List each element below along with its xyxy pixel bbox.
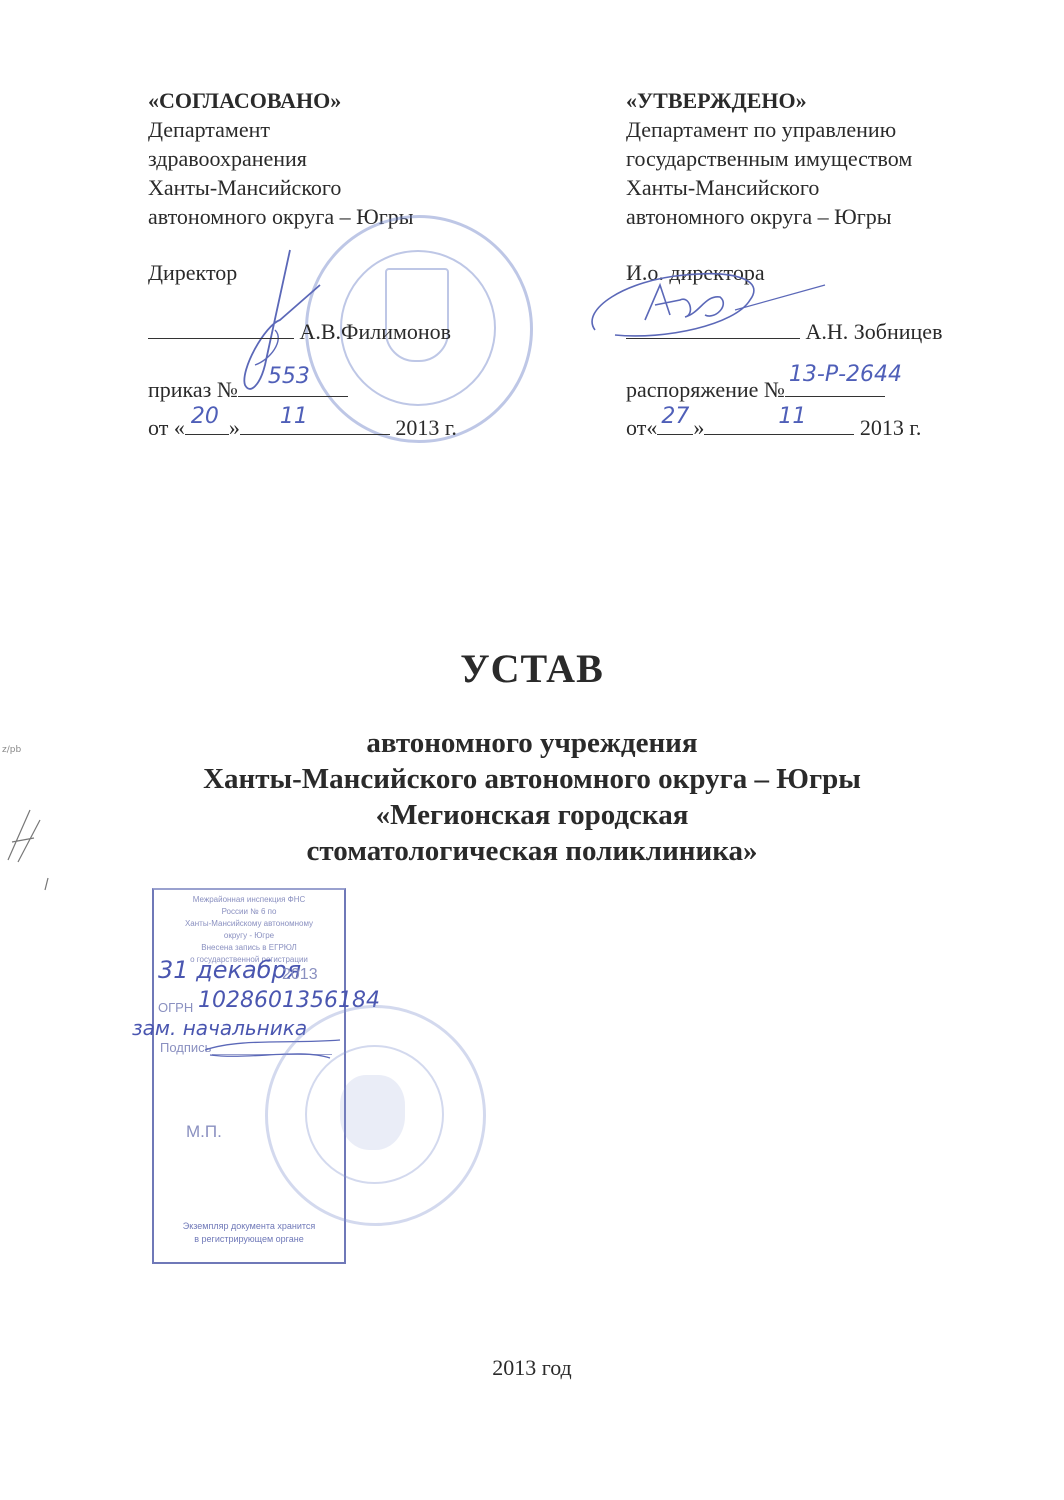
registration-date-handwritten: 31 декабря xyxy=(158,956,301,984)
org-line: Ханты-Мансийского xyxy=(626,173,912,202)
order-line-left: приказ №553 xyxy=(148,374,348,404)
signature-underline xyxy=(148,316,294,339)
date-month-handwritten: 11 xyxy=(778,402,806,431)
document-year: 2013 год xyxy=(0,1355,1064,1381)
signer-name-right: А.Н. Зобницев xyxy=(806,319,943,344)
signature-line-left: А.В.Филимонов xyxy=(148,316,451,346)
org-line: государственным имуществом xyxy=(626,144,912,173)
date-day-handwritten: 20 xyxy=(191,402,219,431)
coat-of-arms-icon xyxy=(385,268,449,362)
order-number-handwritten: 13-Р-2644 xyxy=(789,360,902,389)
subtitle-line: Ханты-Мансийского автономного округа – Ю… xyxy=(0,762,1064,797)
date-mid: » xyxy=(693,415,704,440)
order-number-field-right: 13-Р-2644 xyxy=(785,374,885,397)
date-prefix: от « xyxy=(148,415,185,440)
org-line: Ханты-Мансийского xyxy=(148,173,414,202)
order-number-field-left: 553 xyxy=(238,374,348,397)
svg-text:z/pb: z/pb xyxy=(2,745,21,755)
order-number-handwritten: 553 xyxy=(268,362,310,391)
date-year-left: 2013 г. xyxy=(395,415,457,440)
date-month-field-right: 11 xyxy=(704,412,854,435)
date-line-left: от «20»11 2013 г. xyxy=(148,412,457,442)
date-day-handwritten: 27 xyxy=(661,402,689,431)
stamp-header-line: Внесена запись в ЕГРЮЛ xyxy=(159,942,339,954)
subtitle-line: «Мегионская городская xyxy=(0,798,1064,833)
ogrn-label: ОГРН xyxy=(158,1000,193,1015)
approval-heading-right: «УТВЕРЖДЕНО» xyxy=(626,86,912,115)
stamp-footer-line: в регистрирующем органе xyxy=(159,1233,339,1245)
signer-name-left: А.В.Филимонов xyxy=(300,319,452,344)
order-label-left: приказ № xyxy=(148,377,238,402)
seal-label: М.П. xyxy=(186,1122,222,1142)
date-day-field-left: 20 xyxy=(185,412,229,435)
eagle-emblem-icon xyxy=(340,1075,405,1150)
date-day-field-right: 27 xyxy=(657,412,693,435)
approval-heading-left: «СОГЛАСОВАНО» xyxy=(148,86,414,115)
org-line: здравоохранения xyxy=(148,144,414,173)
org-line: Департамент по управлению xyxy=(626,115,912,144)
stamp-header-line: Ханты-Мансийскому автономному xyxy=(159,918,339,930)
margin-scribble-icon: z/pb xyxy=(0,730,60,900)
stamp-footer-line: Экземпляр документа хранится xyxy=(159,1220,339,1232)
org-line: Департамент xyxy=(148,115,414,144)
subtitle-line: автономного учреждения xyxy=(0,726,1064,761)
subtitle-line: стоматологическая поликлиника» xyxy=(0,834,1064,869)
registration-year: 2013 xyxy=(282,966,318,984)
signature-underline xyxy=(626,316,800,339)
stamp-header-line: округу - Югре xyxy=(159,930,339,942)
date-mid: » xyxy=(229,415,240,440)
date-month-handwritten: 11 xyxy=(280,402,308,431)
document-title: УСТАВ xyxy=(0,645,1064,692)
signature-line-right: А.Н. Зобницев xyxy=(626,316,942,346)
approval-block-right: «УТВЕРЖДЕНО» Департамент по управлению г… xyxy=(626,86,912,231)
date-prefix: от« xyxy=(626,415,657,440)
position-label-left: Директор xyxy=(148,258,237,287)
stamp-header-line: России № 6 по xyxy=(159,906,339,918)
order-label-right: распоряжение № xyxy=(626,377,785,402)
date-year-right: 2013 г. xyxy=(860,415,922,440)
org-line: автономного округа – Югры xyxy=(626,202,912,231)
date-month-field-left: 11 xyxy=(240,412,390,435)
approval-block-left: «СОГЛАСОВАНО» Департамент здравоохранени… xyxy=(148,86,414,231)
stamp-header-line: Межрайонная инспекция ФНС xyxy=(159,894,339,906)
order-line-right: распоряжение №13-Р-2644 xyxy=(626,374,885,404)
date-line-right: от«27»11 2013 г. xyxy=(626,412,921,442)
